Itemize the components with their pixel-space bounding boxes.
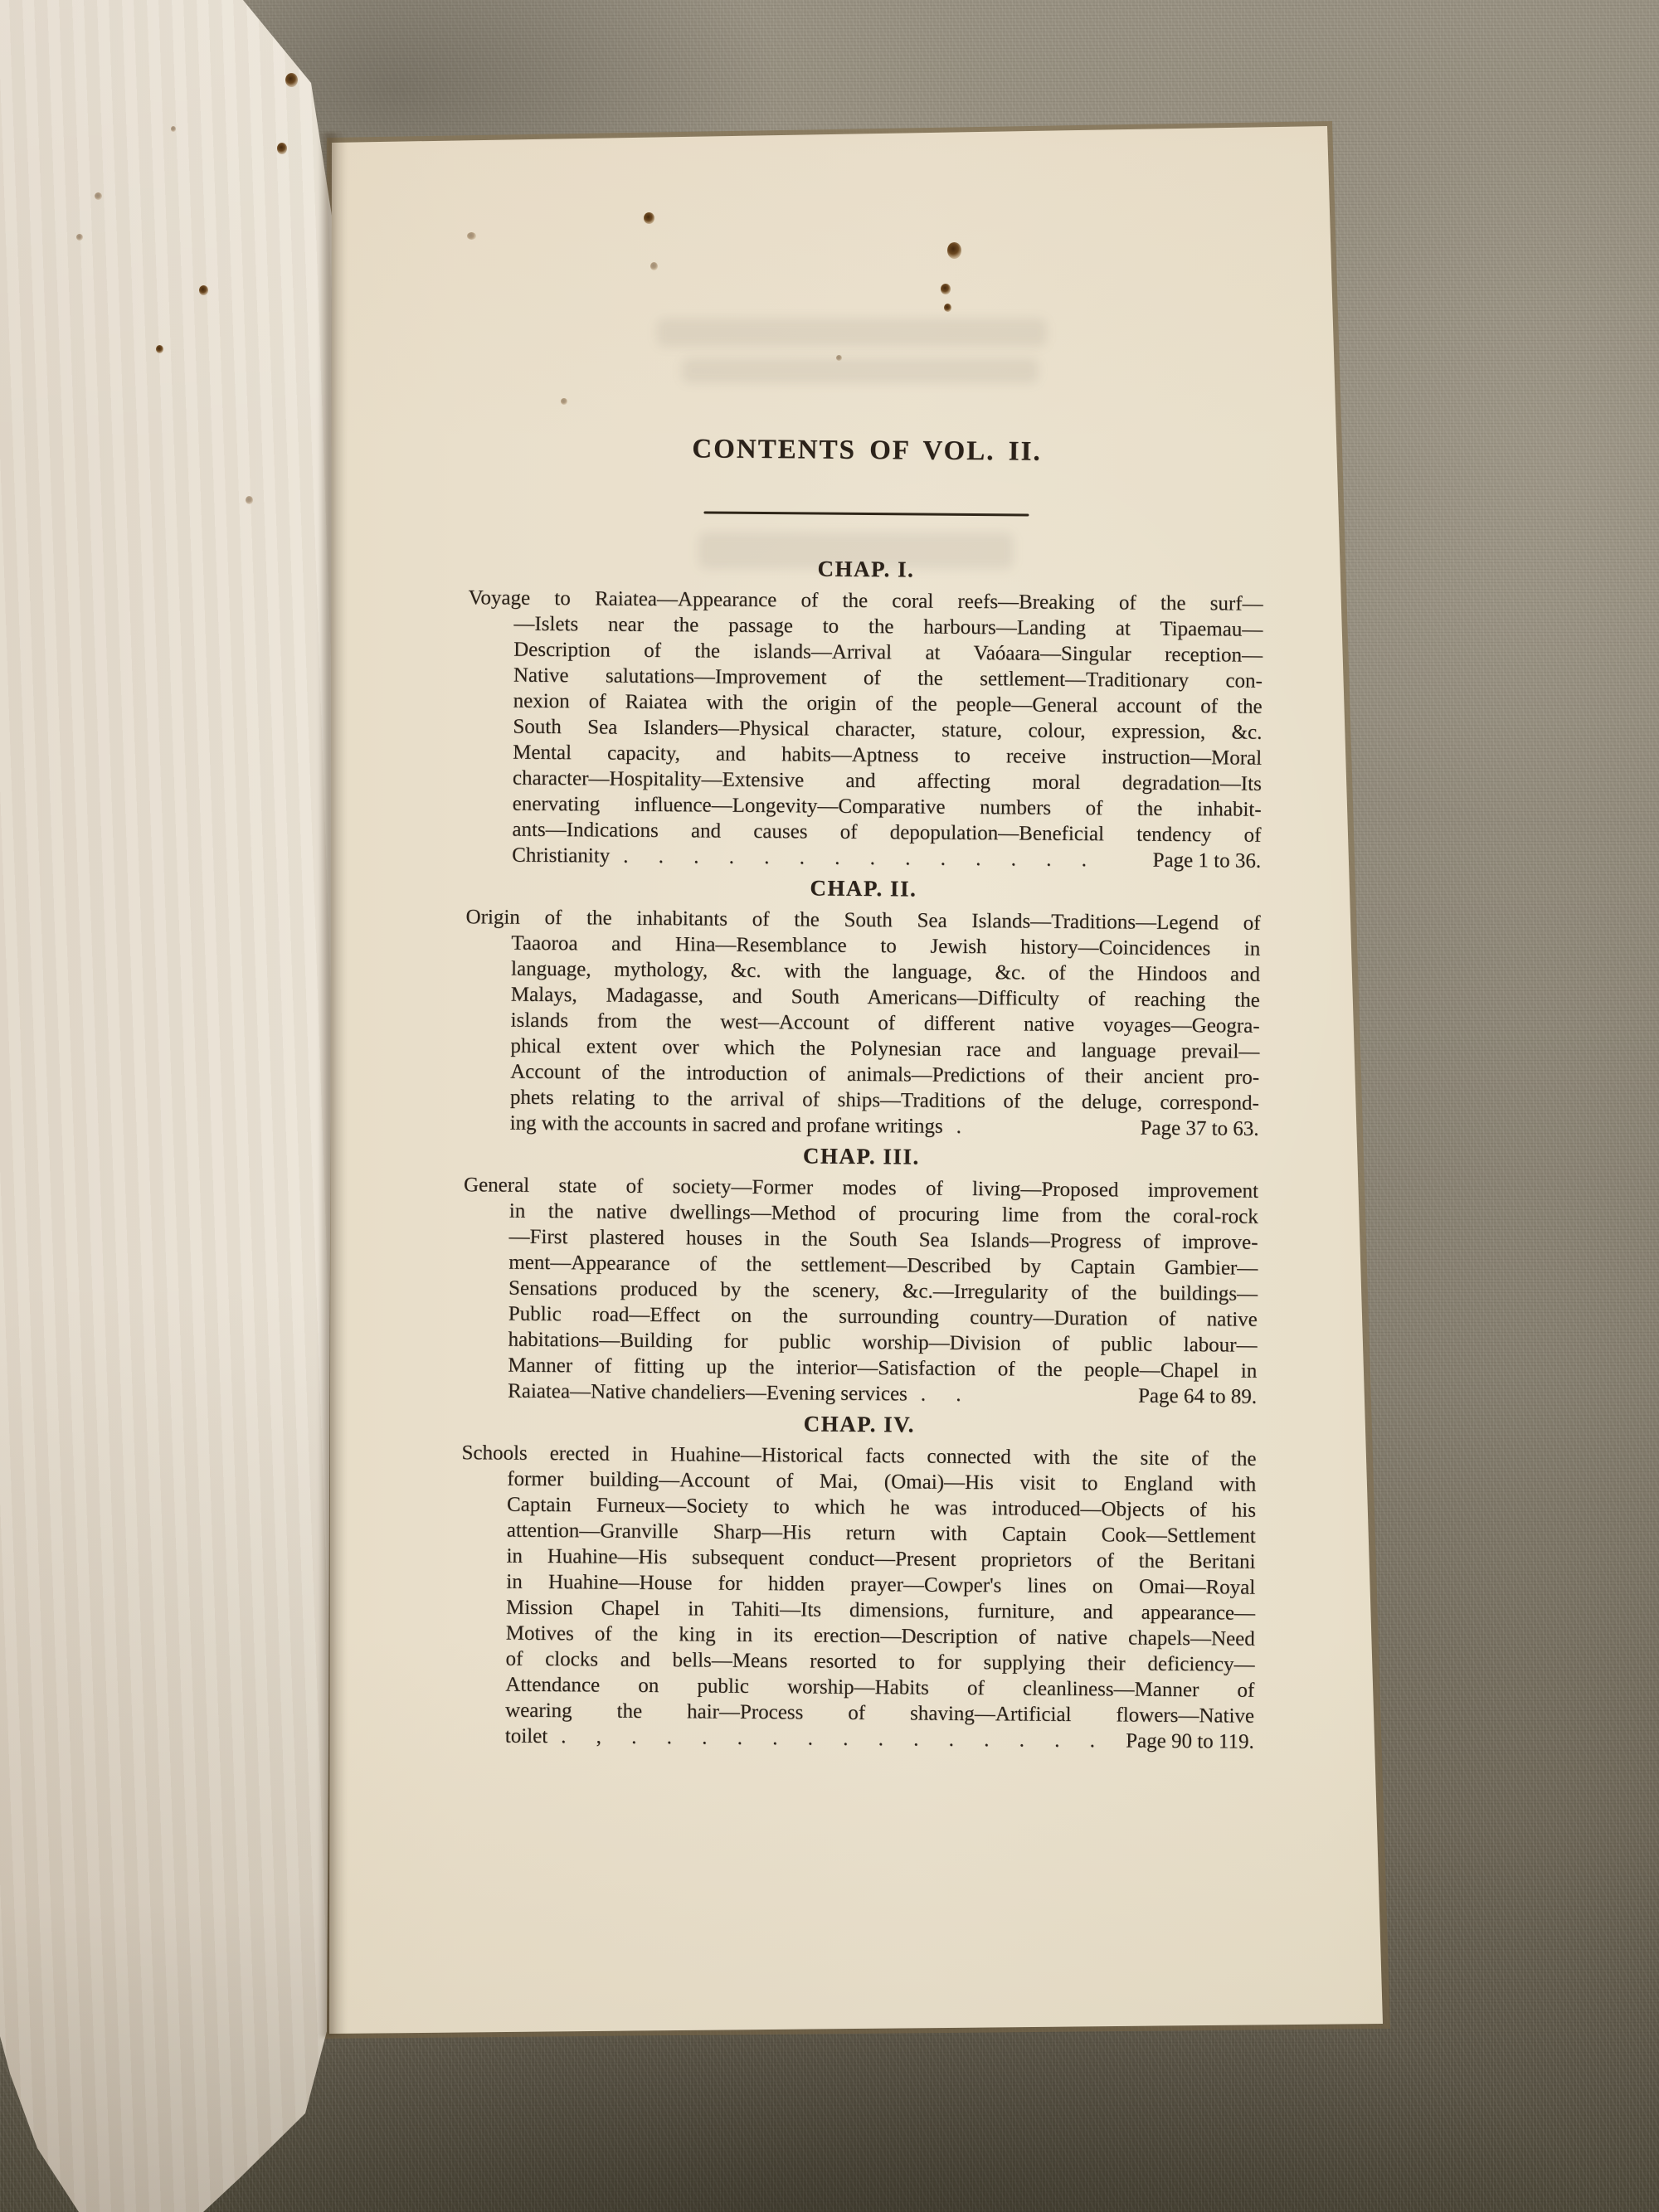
foxing-spot [277, 143, 287, 154]
foxing-spot [95, 192, 102, 200]
chapter-heading: CHAP. IV. [462, 1407, 1257, 1441]
leader-dots: . , . . . . . . . . . . . . . . [547, 1723, 1126, 1753]
chapter-heading: CHAP. II. [466, 871, 1261, 906]
photo-canvas: CONTENTS OF VOL. II. CHAP. I.Voyage to R… [0, 0, 1659, 2212]
foxing-spot [156, 345, 163, 353]
toc-pageref-line: Christianity. . . . . . . . . . . . . .P… [466, 842, 1261, 874]
foxing-spot [246, 496, 253, 504]
table-of-contents: CONTENTS OF VOL. II. CHAP. I.Voyage to R… [460, 0, 1268, 1755]
chapters: CHAP. I.Voyage to Raiatea—Appearance of … [460, 552, 1263, 1754]
chapter-heading: CHAP. I. [469, 552, 1263, 586]
title-divider-rule [703, 511, 1029, 516]
foxing-spot [285, 73, 298, 87]
leader-dots: . [943, 1114, 1141, 1141]
page-range: Page 37 to 63. [1140, 1116, 1258, 1142]
leader-dots: . . [907, 1381, 1138, 1408]
foxing-spot [171, 126, 176, 132]
pageref-text: ing with the accounts in sacred and prof… [510, 1111, 943, 1140]
pageref-text: Raiatea—Native chandeliers—Evening servi… [508, 1378, 907, 1407]
page-title: CONTENTS OF VOL. II. [469, 430, 1264, 470]
foxing-spot [199, 285, 208, 295]
pageref-text: toilet [505, 1723, 548, 1749]
toc-pageref-line: ing with the accounts in sacred and prof… [465, 1110, 1259, 1142]
page-range: Page 90 to 119. [1126, 1728, 1254, 1755]
chapter-heading: CHAP. III. [464, 1139, 1258, 1174]
toc-pageref-line: Raiatea—Native chandeliers—Evening servi… [462, 1378, 1257, 1410]
leader-dots: . . . . . . . . . . . . . . [610, 843, 1153, 873]
pageref-text: Christianity [512, 843, 610, 869]
gutter-shadow [319, 133, 347, 2037]
page-range: Page 64 to 89. [1138, 1383, 1257, 1410]
toc-pageref-line: toilet. , . . . . . . . . . . . . . .Pag… [460, 1723, 1254, 1755]
page-range: Page 1 to 36. [1152, 848, 1261, 874]
foxing-spot [76, 234, 83, 241]
